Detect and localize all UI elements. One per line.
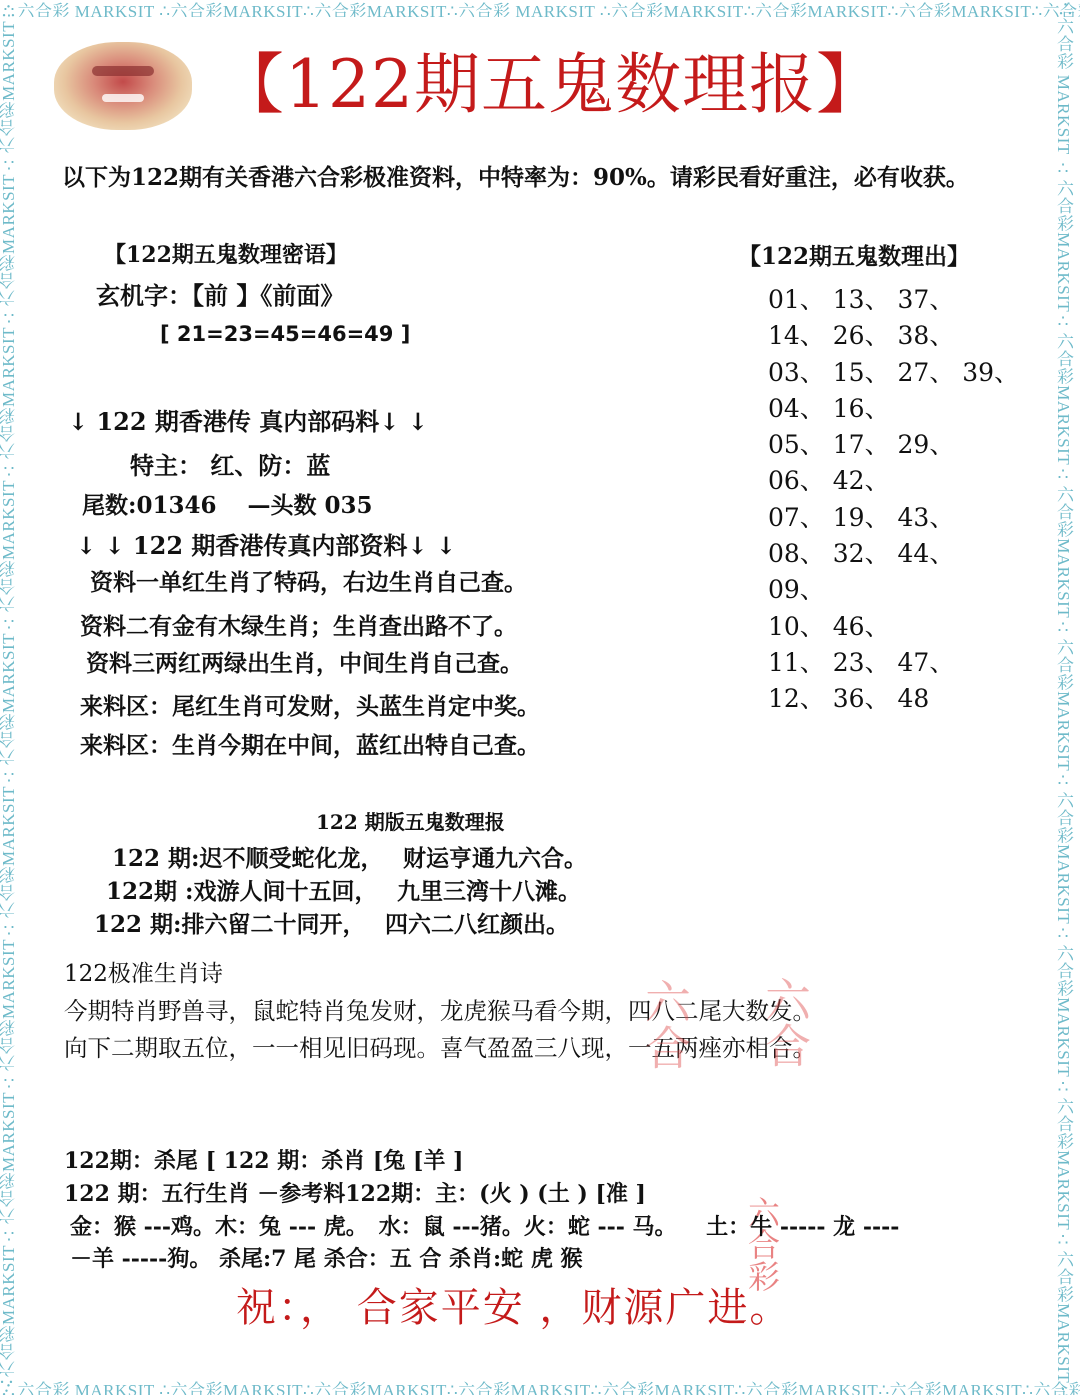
numbers-row: 10、 46、	[768, 609, 1019, 645]
kill-line: 122期：杀尾 [ 122 期：杀肖 [兔 [羊 ]	[64, 1144, 463, 1175]
info-line-2: 资料二有金有木绿生肖；生肖查出路不了。	[80, 608, 517, 641]
watermark-bottom: ∴六合彩 MARKSIT ∴六合彩MARKSIT∴六合彩MARKSIT∴六合彩M…	[0, 1376, 1080, 1395]
secret-heading: 【122期五鬼数理密语】	[104, 238, 348, 269]
elements-zodiac-line: 金：猴 ---鸡。木：兔 --- 虎。 水：鼠 ---猪。火：蛇 --- 马。 …	[70, 1210, 899, 1241]
numbers-row: 05、 17、 29、	[768, 427, 1019, 463]
info-text: 两红两绿出生肖，中间生肖自己查。	[155, 650, 523, 677]
poem-line-2: 向下二期取五位，一一相见旧码现。喜气盈盈三八现，一五两痤亦相合。	[64, 1029, 816, 1063]
info-text: 尾红生肖可发财，头蓝生肖定中奖。	[172, 693, 540, 720]
numbers-row: 01、 13、 37、	[768, 282, 1019, 318]
info-text: 单红生肖了特码，右边生肖自己查。	[159, 569, 527, 596]
numbers-heading: 【122期五鬼数理出】	[738, 238, 970, 271]
numbers-row: 03、 15、 27、 39、	[768, 355, 1019, 391]
info-text: 生肖今期在中间，蓝红出特自己查。	[172, 732, 540, 759]
seal-stamp-left: 六合	[642, 978, 688, 1070]
intro-text: 以下为122期有关香港六合彩极准资料，中特率为：90%。请彩民看好重注，必有收获…	[62, 160, 1042, 196]
five-elements-line: 122 期：五行生肖 －参考料122期：主：(火 ) (土 ) [准 ]	[64, 1177, 646, 1208]
numbers-list: 01、 13、 37、 14、 26、 38、 03、 15、 27、 39、 …	[768, 282, 1019, 718]
poem-line-1: 今期特肖野兽寻，鼠蛇特肖兔发财，龙虎猴马看今期，四八二尾大数发。	[64, 992, 816, 1026]
tail-head-numbers: 尾数:01346 —头数 035	[82, 487, 373, 520]
info-text: 有金有木绿生肖；生肖查出路不了。	[149, 613, 517, 640]
info-label: 来料区：	[80, 693, 172, 720]
verse-line-2: 122期 :戏游人间十五回， 九里三湾十八滩。	[106, 873, 581, 906]
secret-numbers: [ 21=23=45=46=49 ]	[160, 322, 410, 346]
verse-heading: 122 期版五鬼数理报	[316, 806, 505, 835]
numbers-row: 11、 23、 47、	[768, 645, 1019, 681]
watermark-top: ∴六合彩 MARKSIT ∴六合彩MARKSIT∴六合彩MARKSIT∴六合彩 …	[0, 0, 1080, 17]
info-line-1: 资料一单红生肖了特码，右边生肖自己查。	[90, 564, 527, 597]
page-title: 【122期五鬼数理报】	[218, 40, 883, 130]
kill-summary-line: －羊 -----狗。 杀尾:7 尾 杀合：五 合 杀肖:蛇 虎 猴	[70, 1242, 582, 1273]
verse-line-1: 122 期:迟不顺受蛇化龙， 财运亨通九六合。	[112, 840, 587, 873]
te-zhu-line: 特主： 红、防：蓝	[130, 446, 330, 481]
info-label: 资料三	[86, 650, 155, 677]
info-heading: ↓ ↓ 122 期香港传真内部资料↓ ↓	[76, 526, 456, 561]
numbers-row: 08、 32、 44、	[768, 536, 1019, 572]
numbers-row: 04、 16、	[768, 391, 1019, 427]
portrait-eyes	[92, 66, 154, 76]
numbers-row: 06、 42、	[768, 463, 1019, 499]
blessing-text: 祝：， 合家平安 ，财源广进。	[236, 1276, 791, 1333]
seal-stamp-right: 六合	[762, 976, 808, 1068]
portrait-mouth	[102, 94, 144, 102]
numbers-row: 12、 36、 48	[768, 681, 1019, 717]
numbers-row: 14、 26、 38、	[768, 318, 1019, 354]
watermark-left: ∴六合彩MARKSIT∴六合彩MARKSIT∴六合彩MARKSIT∴六合彩MAR…	[0, 0, 18, 1395]
info-line-5: 来料区：生肖今期在中间，蓝红出特自己查。	[80, 727, 540, 760]
verse-line-3: 122 期:排六留二十同开， 四六二八红颜出。	[94, 906, 569, 939]
poem-heading: 122极准生肖诗	[64, 955, 223, 988]
info-label: 来料区：	[80, 732, 172, 759]
xuanji-line: 玄机字：【前 】《前面》	[96, 276, 344, 311]
info-label: 资料一	[90, 569, 159, 596]
watermark-right: ∴六合彩 MARKSIT ∴六合彩MARKSIT∴六合彩MARKSIT∴六合彩M…	[1052, 0, 1076, 1395]
numbers-row: 07、 19、 43、	[768, 500, 1019, 536]
portrait-avatar	[54, 42, 192, 130]
numbers-row: 09、	[768, 572, 1019, 608]
info-line-4: 来料区：尾红生肖可发财，头蓝生肖定中奖。	[80, 688, 540, 721]
info-line-3: 资料三两红两绿出生肖，中间生肖自己查。	[86, 645, 523, 678]
code-heading: ↓ 122 期香港传 真内部码料↓ ↓	[68, 402, 428, 437]
info-label: 资料二	[80, 613, 149, 640]
